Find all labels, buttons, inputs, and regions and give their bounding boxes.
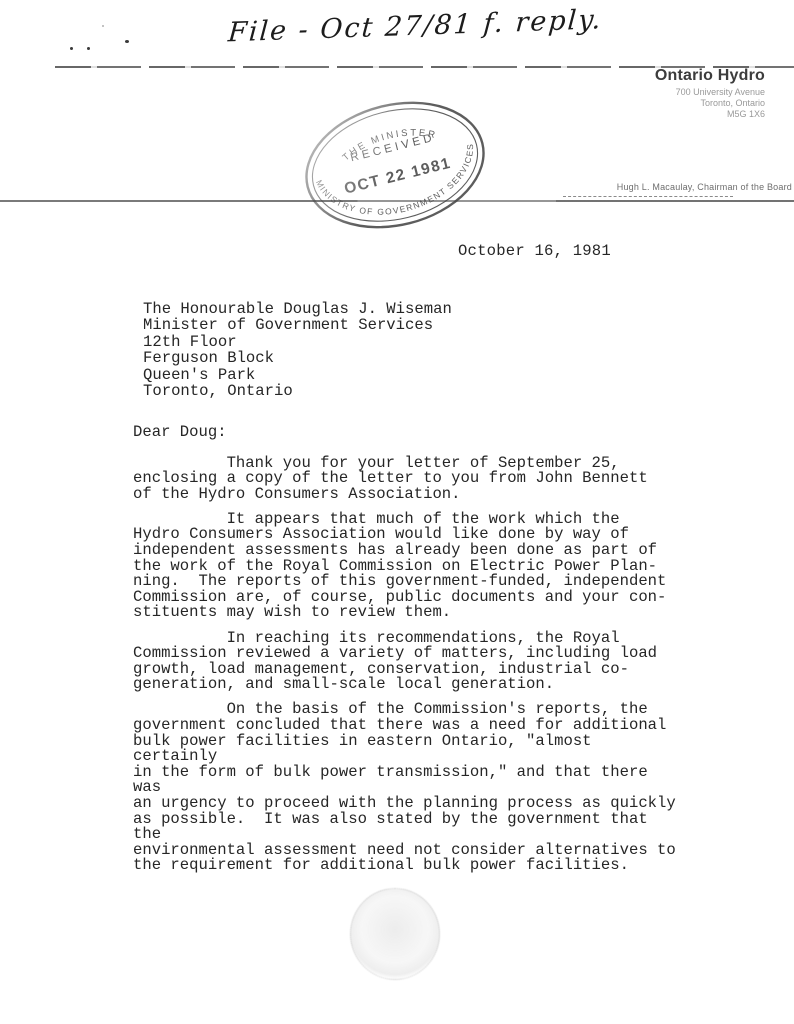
received-stamp-graphic: THE MINISTER RECEIVED OCT 22 1981 MINIST…	[289, 79, 501, 250]
faint-seal-mark	[350, 888, 440, 980]
letter-body: Dear Doug: Thank you for your letter of …	[133, 425, 681, 883]
letter-date: October 16, 1981	[458, 242, 611, 260]
letter-page: File - Oct 27/81 f. reply. Ontario Hydro…	[0, 0, 794, 1024]
scan-speck	[102, 25, 104, 27]
paragraph-1: Thank you for your letter of September 2…	[133, 456, 681, 503]
paragraph-3: In reaching its recommendations, the Roy…	[133, 631, 681, 693]
letterhead: Ontario Hydro 700 University Avenue Toro…	[655, 67, 765, 120]
received-stamp: THE MINISTER RECEIVED OCT 22 1981 MINIST…	[289, 79, 501, 250]
company-name: Ontario Hydro	[655, 67, 765, 85]
chairman-underline	[563, 196, 733, 197]
salutation: Dear Doug:	[133, 425, 681, 441]
paragraph-2: It appears that much of the work which t…	[133, 512, 681, 621]
scan-speck	[70, 47, 73, 50]
scan-speck	[125, 40, 129, 43]
paragraph-4: On the basis of the Commission's reports…	[133, 702, 681, 874]
scan-speck	[87, 47, 90, 50]
handwritten-annotation: File - Oct 27/81 f. reply.	[227, 3, 649, 49]
letterhead-address: 700 University Avenue Toronto, Ontario M…	[655, 87, 765, 120]
recipient-address: The Honourable Douglas J. Wiseman Minist…	[143, 301, 452, 399]
chairman-line: Hugh L. Macaulay, Chairman of the Board	[617, 182, 792, 192]
